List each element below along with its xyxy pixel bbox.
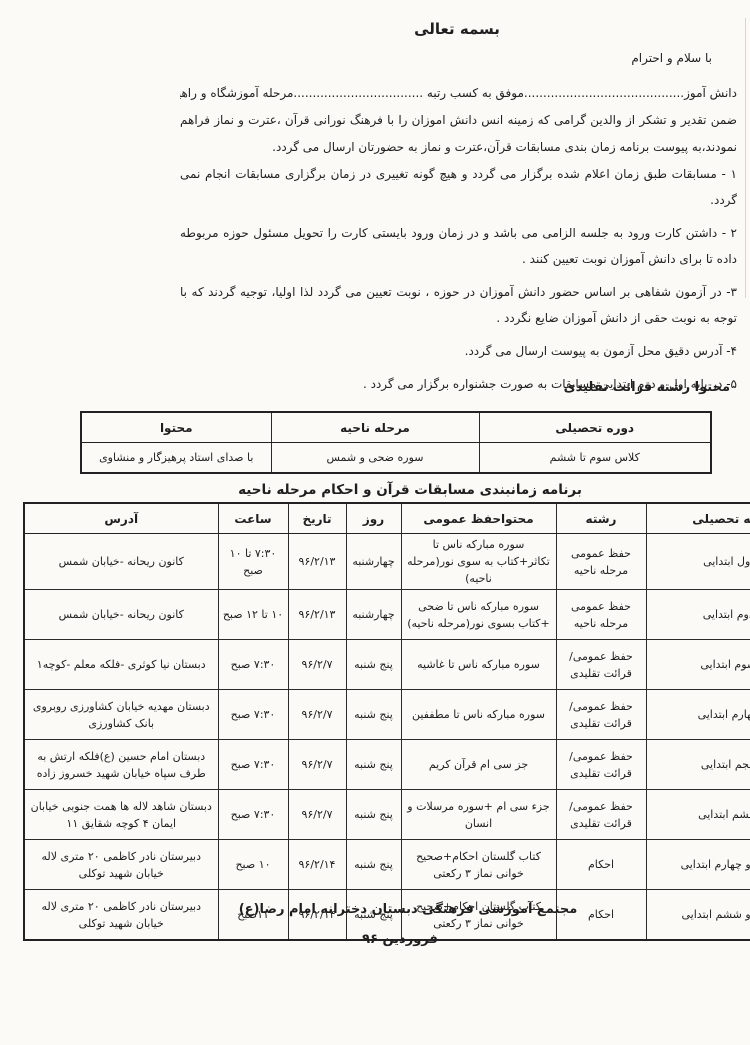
- cell-memorization-content: جز سی ام قرآن کریم: [401, 740, 556, 790]
- cell-date: ۹۶/۲/۱۴: [288, 840, 346, 890]
- schedule-row-3: سوم ابتدایی حفظ عمومی/قرائت تقلیدی سوره …: [24, 640, 750, 690]
- student-name-fill-line: دانش آموز...............................…: [180, 80, 737, 107]
- col-header-day: روز: [346, 503, 401, 534]
- col-header-content: محتوا: [81, 412, 271, 443]
- footer-date: فروردین ۹۶: [0, 932, 750, 947]
- schedule-row-4: چهارم ابتدایی حفظ عمومی/قرائت تقلیدی سور…: [24, 690, 750, 740]
- col-header-memorization-content: محتواحفظ عمومی: [401, 503, 556, 534]
- schedule-section-heading: برنامه زمانبندی مسابقات قرآن و احکام مرح…: [0, 482, 750, 498]
- cell-address: کانون ریحانه -خیابان شمس: [24, 590, 218, 640]
- cell-field: حفظ عمومی/قرائت تقلیدی: [556, 790, 646, 840]
- cell-date: ۹۶/۲/۷: [288, 690, 346, 740]
- cell-time: ۱۰ تا ۱۲ صبح: [218, 590, 288, 640]
- cell-day: پنج شنبه: [346, 690, 401, 740]
- cell-day: پنج شنبه: [346, 840, 401, 890]
- intro-paragraph: ضمن تقدیر و تشکر از والدین گرامی که زمین…: [180, 107, 737, 161]
- cell-grade: سوم ابتدایی: [646, 640, 750, 690]
- cell-address: کانون ریحانه -خیابان شمس: [24, 534, 218, 590]
- cell-date: ۹۶/۲/۷: [288, 790, 346, 840]
- cell-time: ۱۰ صبح: [218, 840, 288, 890]
- cell-grade: پنجم ابتدایی: [646, 740, 750, 790]
- cell-field: حفظ عمومی مرحله ناحیه: [556, 534, 646, 590]
- cell-memorization-content: سوره مبارکه ناس تا تکاثر+کتاب به سوی نور…: [401, 534, 556, 590]
- content-table-row: کلاس سوم تا ششم سوره ضحی و شمس با صدای ا…: [81, 443, 711, 474]
- cell-grade: ششم ابتدایی: [646, 790, 750, 840]
- cell-memorization-content: سوره مبارکه ناس تا ضحی +کتاب بسوی نور(مر…: [401, 590, 556, 640]
- cell-date: ۹۶/۲/۱۳: [288, 534, 346, 590]
- schedule-table: پایه تحصیلی رشته محتواحفظ عمومی روز تاری…: [23, 502, 750, 941]
- schedule-header-row: پایه تحصیلی رشته محتواحفظ عمومی روز تاری…: [24, 503, 750, 534]
- cell-day: پنج شنبه: [346, 740, 401, 790]
- cell-grade: دوم ابتدایی: [646, 590, 750, 640]
- cell-day: چهارشنبه: [346, 534, 401, 590]
- cell-time: ۷:۳۰ صبح: [218, 690, 288, 740]
- schedule-row-2: دوم ابتدایی حفظ عمومی مرحله ناحیه سوره م…: [24, 590, 750, 640]
- cell-grade: اول ابتدایی: [646, 534, 750, 590]
- cell-grade: چهارم ابتدایی: [646, 690, 750, 740]
- cell-memorization-content: سوره مبارکه ناس تا غاشیه: [401, 640, 556, 690]
- schedule-row-7: سوم و چهارم ابتدایی احکام کتاب گلستان اح…: [24, 840, 750, 890]
- note-item-4: ۴- آدرس دقیق محل آزمون به پیوست ارسال می…: [180, 338, 737, 364]
- cell-district-stage: سوره ضحی و شمس: [271, 443, 479, 474]
- content-table: دوره تحصیلی مرحله ناحیه محتوا کلاس سوم ت…: [80, 411, 712, 474]
- cell-grade: سوم و چهارم ابتدایی: [646, 840, 750, 890]
- content-section-heading: محتوا رشته قرائت تقلیدی: [564, 380, 730, 395]
- cell-time: ۷:۳۰ تا ۱۰ صبح: [218, 534, 288, 590]
- col-header-date: تاریخ: [288, 503, 346, 534]
- bismillah-title: بسمه تعالی: [414, 20, 500, 38]
- cell-time: ۷:۳۰ صبح: [218, 740, 288, 790]
- cell-field: حفظ عمومی مرحله ناحیه: [556, 590, 646, 640]
- cell-field: حفظ عمومی/قرائت تقلیدی: [556, 690, 646, 740]
- col-header-grade: پایه تحصیلی: [646, 503, 750, 534]
- cell-time: ۷:۳۰ صبح: [218, 790, 288, 840]
- col-header-district-stage: مرحله ناحیه: [271, 412, 479, 443]
- cell-address: دبستان امام حسین (ع)فلکه ارتش به طرف سپا…: [24, 740, 218, 790]
- scan-edge-artifact: [745, 18, 746, 298]
- cell-date: ۹۶/۲/۷: [288, 640, 346, 690]
- note-item-3: ۳- در آزمون شفاهی بر اساس حضور دانش آموز…: [180, 279, 737, 331]
- content-table-header-row: دوره تحصیلی مرحله ناحیه محتوا: [81, 412, 711, 443]
- col-header-time: ساعت: [218, 503, 288, 534]
- note-item-1: ۱ - مسابقات طبق زمان اعلام شده برگزار می…: [180, 161, 737, 213]
- cell-course: کلاس سوم تا ششم: [479, 443, 711, 474]
- cell-date: ۹۶/۲/۷: [288, 740, 346, 790]
- cell-address: دبیرستان نادر کاظمی ۲۰ متری لاله خیابان …: [24, 840, 218, 890]
- notes-list: ۱ - مسابقات طبق زمان اعلام شده برگزار می…: [180, 161, 737, 404]
- schedule-row-1: اول ابتدایی حفظ عمومی مرحله ناحیه سوره م…: [24, 534, 750, 590]
- cell-memorization-content: سوره مبارکه ناس تا مطففین: [401, 690, 556, 740]
- cell-day: چهارشنبه: [346, 590, 401, 640]
- footer-organization: مجتمع آموزشی فرهنگی دبستان دخترانه امام …: [0, 902, 750, 917]
- cell-field: حفظ عمومی/قرائت تقلیدی: [556, 640, 646, 690]
- schedule-row-5: پنجم ابتدایی حفظ عمومی/قرائت تقلیدی جز س…: [24, 740, 750, 790]
- schedule-row-6: ششم ابتدایی حفظ عمومی/قرائت تقلیدی جزء س…: [24, 790, 750, 840]
- cell-field: حفظ عمومی/قرائت تقلیدی: [556, 740, 646, 790]
- col-header-address: آدرس: [24, 503, 218, 534]
- cell-address: دبستان مهدیه خیابان کشاورزی روبروی بانک …: [24, 690, 218, 740]
- intro-block: دانش آموز...............................…: [180, 80, 737, 161]
- cell-memorization-content: کتاب گلستان احکام+صحیح خوانی نماز ۳ رکعت…: [401, 840, 556, 890]
- greeting-line: با سلام و احترام: [631, 51, 712, 65]
- cell-day: پنج شنبه: [346, 790, 401, 840]
- cell-time: ۷:۳۰ صبح: [218, 640, 288, 690]
- cell-address: دبستان شاهد لاله ها همت جنوبی خیابان ایم…: [24, 790, 218, 840]
- col-header-field: رشته: [556, 503, 646, 534]
- col-header-course: دوره تحصیلی: [479, 412, 711, 443]
- scanned-document-page: بسمه تعالی با سلام و احترام دانش آموز...…: [0, 0, 750, 1045]
- note-item-2: ۲ - داشتن کارت ورود به جلسه الزامی می با…: [180, 220, 737, 272]
- cell-address: دبستان نیا کوثری -فلکه معلم -کوچه۱: [24, 640, 218, 690]
- cell-date: ۹۶/۲/۱۳: [288, 590, 346, 640]
- cell-content: با صدای استاد پرهیزگار و منشاوی: [81, 443, 271, 474]
- cell-memorization-content: جزء سی ام +سوره مرسلات و انسان: [401, 790, 556, 840]
- cell-day: پنج شنبه: [346, 640, 401, 690]
- cell-field: احکام: [556, 840, 646, 890]
